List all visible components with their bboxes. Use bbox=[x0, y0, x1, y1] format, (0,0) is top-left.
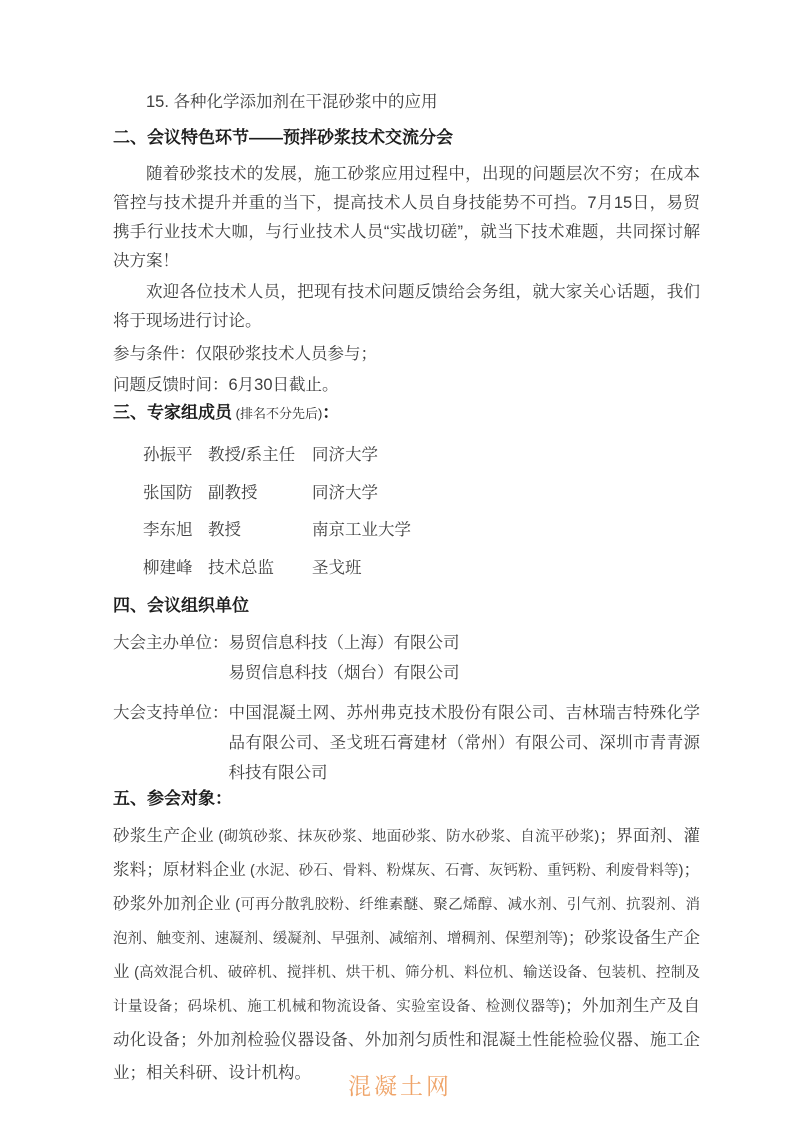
audience-segment: 砂浆生产企业 bbox=[113, 827, 214, 845]
expert-title: 教授 bbox=[208, 521, 312, 539]
audience-segment: (水泥、砂石、骨料、粉煤灰、石膏、灰钙粉、重钙粉、利废骨料等) bbox=[246, 863, 684, 879]
expert-name: 张国防 bbox=[143, 484, 208, 502]
expert-organization: 同济大学 bbox=[312, 446, 700, 464]
document-page: 15. 各种化学添加剂在干混砂浆中的应用 二、会议特色环节——预拌砂浆技术交流分… bbox=[0, 0, 800, 1131]
section-5-heading: 五、参会对象： bbox=[113, 788, 700, 810]
site-watermark: 混凝土网 bbox=[0, 1068, 800, 1101]
expert-organization: 南京工业大学 bbox=[312, 521, 700, 539]
expert-title: 教授/系主任 bbox=[208, 446, 312, 464]
expert-row: 张国防 副教授 同济大学 bbox=[143, 484, 700, 522]
expert-title: 副教授 bbox=[208, 484, 312, 502]
host-units: 易贸信息科技（上海）有限公司 易贸信息科技（烟台）有限公司 bbox=[229, 628, 701, 688]
section-2-heading: 二、会议特色环节——预拌砂浆技术交流分会 bbox=[113, 127, 700, 149]
expert-row: 李东旭 教授 南京工业大学 bbox=[143, 521, 700, 559]
expert-organization: 同济大学 bbox=[312, 484, 700, 502]
expert-list: 孙振平 教授/系主任 同济大学 张国防 副教授 同济大学 李东旭 教授 南京工业… bbox=[113, 446, 700, 596]
expert-title: 技术总监 bbox=[208, 559, 312, 577]
support-units: 中国混凝土网、苏州弗克技术股份有限公司、吉林瑞吉特殊化学品有限公司、圣戈班石膏建… bbox=[229, 698, 701, 788]
audience-segment: (砌筑砂浆、抹灰砂浆、地面砂浆、防水砂浆、自流平砂浆) bbox=[214, 829, 599, 845]
host-units-row: 大会主办单位： 易贸信息科技（上海）有限公司 易贸信息科技（烟台）有限公司 bbox=[113, 628, 700, 688]
section-3-heading: 三、专家组成员 (排名不分先后)： bbox=[113, 402, 700, 425]
host-label: 大会主办单位： bbox=[113, 628, 229, 658]
section-3-heading-note: (排名不分先后) bbox=[232, 406, 322, 421]
participation-condition: 参与条件：仅限砂浆技术人员参与； bbox=[113, 340, 700, 369]
expert-row: 孙振平 教授/系主任 同济大学 bbox=[143, 446, 700, 484]
expert-name: 孙振平 bbox=[143, 446, 208, 464]
welcome-paragraph: 欢迎各位技术人员，把现有技术问题反馈给会务组，就大家关心话题，我们将于现场进行讨… bbox=[113, 278, 700, 336]
expert-name: 李东旭 bbox=[143, 521, 208, 539]
host-unit: 易贸信息科技（上海）有限公司 bbox=[229, 628, 701, 658]
section-3-heading-title: 三、专家组成员 bbox=[113, 403, 232, 422]
section-3-heading-colon: ： bbox=[322, 403, 339, 422]
expert-organization: 圣戈班 bbox=[312, 559, 700, 577]
support-units-row: 大会支持单位： 中国混凝土网、苏州弗克技术股份有限公司、吉林瑞吉特殊化学品有限公… bbox=[113, 698, 700, 788]
expert-row: 柳建峰 技术总监 圣戈班 bbox=[143, 559, 700, 597]
support-label: 大会支持单位： bbox=[113, 698, 229, 728]
expert-name: 柳建峰 bbox=[143, 559, 208, 577]
audience-paragraph: 砂浆生产企业 (砌筑砂浆、抹灰砂浆、地面砂浆、防水砂浆、自流平砂浆)；界面剂、灌… bbox=[113, 820, 700, 1090]
list-item-15: 15. 各种化学添加剂在干混砂浆中的应用 bbox=[113, 88, 700, 117]
host-unit: 易贸信息科技（烟台）有限公司 bbox=[229, 658, 701, 688]
intro-paragraph: 随着砂浆技术的发展，施工砂浆应用过程中，出现的问题层次不穷；在成本管控与技术提升… bbox=[113, 160, 700, 276]
feedback-deadline: 问题反馈时间：6月30日截止。 bbox=[113, 371, 700, 400]
section-4-heading: 四、会议组织单位 bbox=[113, 595, 700, 617]
